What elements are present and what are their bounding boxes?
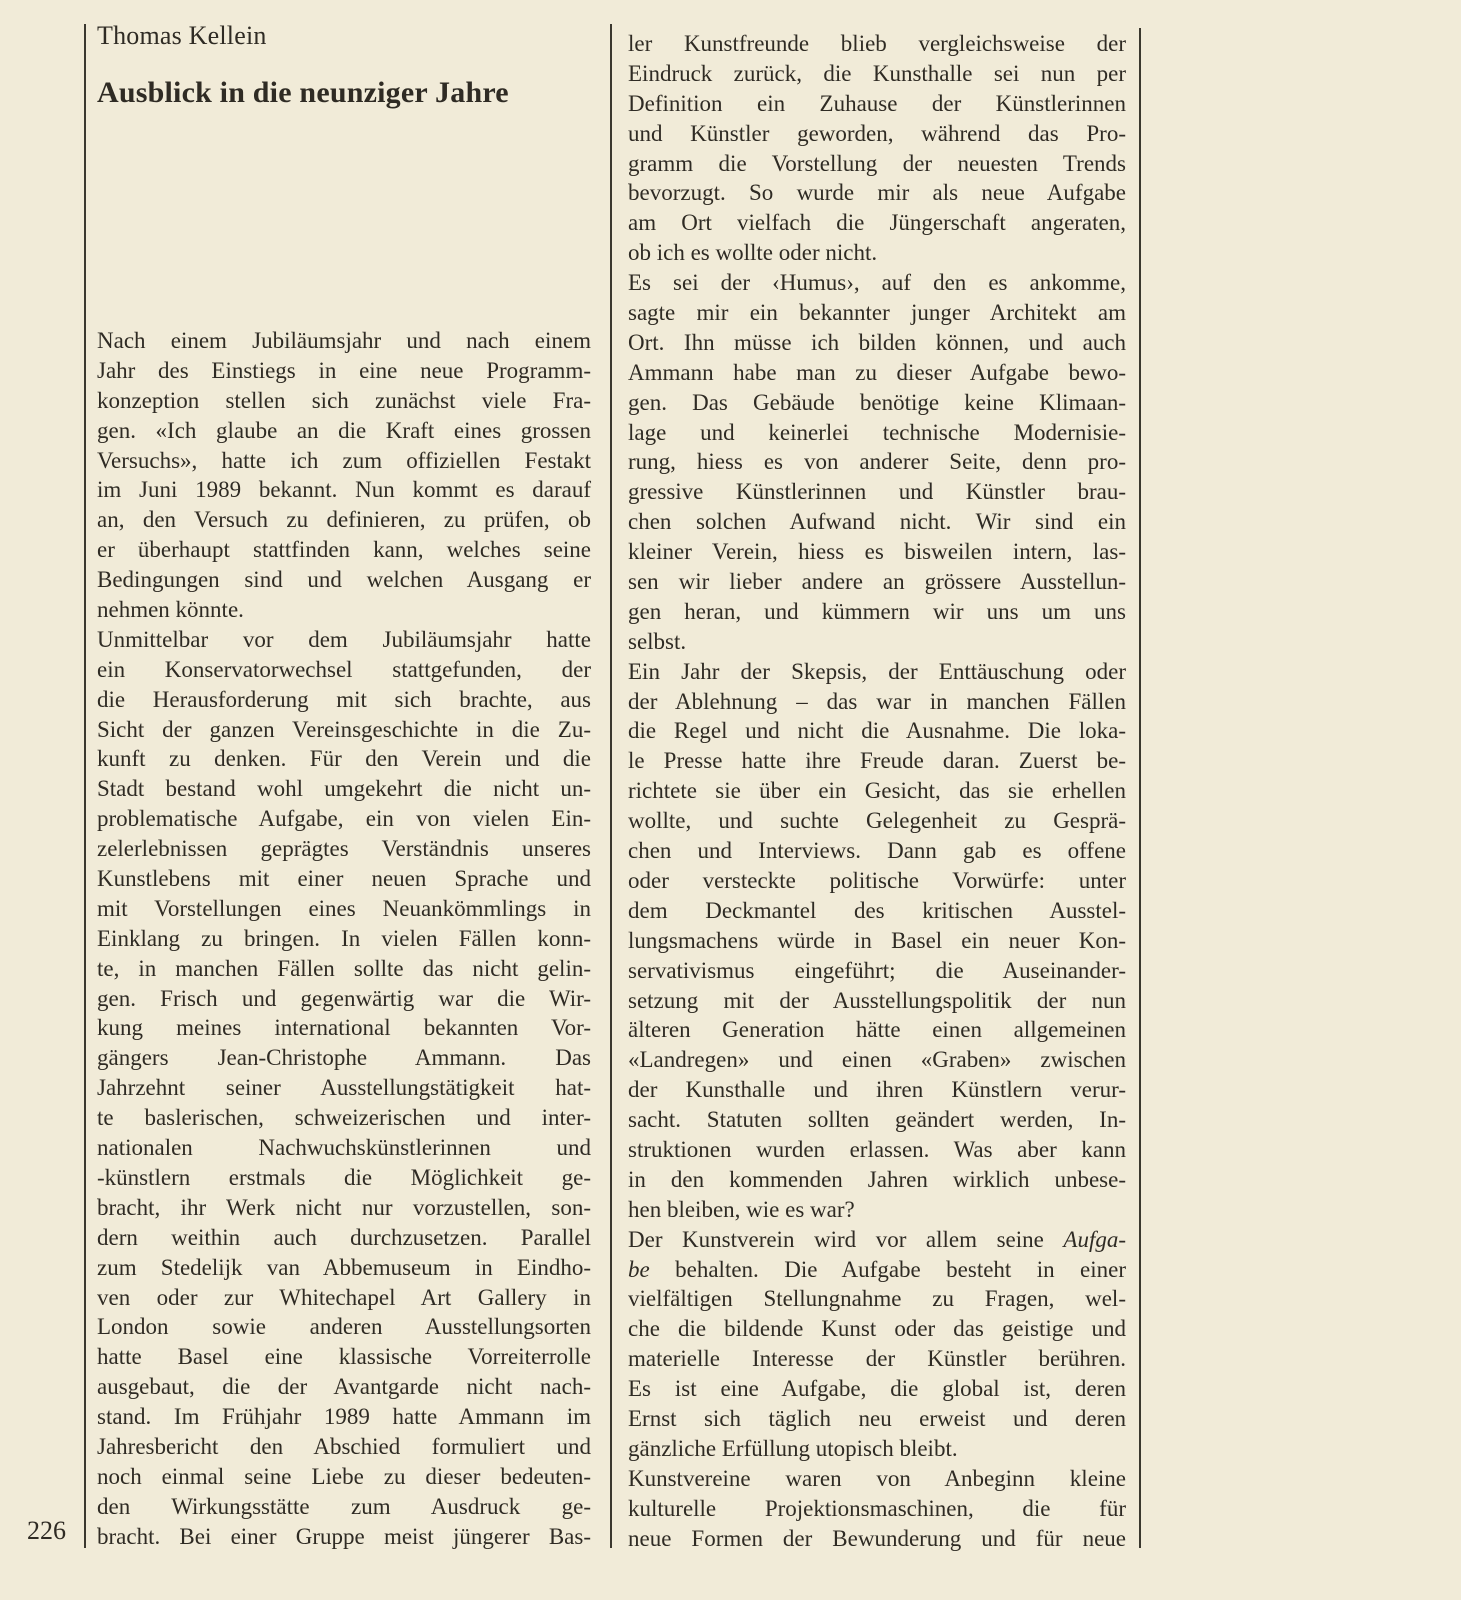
book-page: 226 Thomas Kellein Ausblick in die neunz…: [0, 0, 1461, 1600]
text-line: chen und Interviews. Dann gab es offene: [628, 836, 1126, 866]
text-line: Unmittelbar vor dem Jubiläumsjahr hatte: [97, 625, 591, 655]
text-line: gängers Jean-Christophe Ammann. Das: [97, 1043, 591, 1073]
text-line: zum Stedelijk van Abbemuseum in Eindho-: [97, 1253, 591, 1283]
left-column-text: Nach einem Jubiläumsjahr und nach einemJ…: [97, 326, 591, 1552]
text-line: be behalten. Die Aufgabe besteht in eine…: [628, 1255, 1126, 1285]
text-line: gressive Künstlerinnen und Künstler brau…: [628, 477, 1126, 507]
text-line: Kunstlebens mit einer neuen Sprache und: [97, 864, 591, 894]
text-line: in den kommenden Jahren wirklich unbese-: [628, 1165, 1126, 1195]
text-line: rung, hiess es von anderer Seite, denn p…: [628, 447, 1126, 477]
text-line: problematische Aufgabe, ein von vielen E…: [97, 804, 591, 834]
text-line: setzung mit der Ausstellungspolitik der …: [628, 986, 1126, 1016]
left-margin-rule: [84, 24, 86, 1548]
text-line: kung meines international bekannten Vor-: [97, 1013, 591, 1043]
text-line: Es ist eine Aufgabe, die global ist, der…: [628, 1374, 1126, 1404]
text-line: Ort. Ihn müsse ich bilden können, und au…: [628, 328, 1126, 358]
column-divider-rule: [610, 24, 612, 1548]
text-line: Ernst sich täglich neu erweist und deren: [628, 1404, 1126, 1434]
text-line: Nach einem Jubiläumsjahr und nach einem: [97, 326, 591, 356]
text-line: nehmen könnte.: [97, 595, 591, 625]
text-line: neue Formen der Bewunderung und für neue: [628, 1524, 1126, 1554]
author-name: Thomas Kellein: [97, 21, 267, 51]
text-line: älteren Generation hätte einen allgemein…: [628, 1015, 1126, 1045]
text-line: Versuchs», hatte ich zum offiziellen Fes…: [97, 446, 591, 476]
text-line: gen. «Ich glaube an die Kraft eines gros…: [97, 416, 591, 446]
text-line: bracht. Bei einer Gruppe meist jüngerer …: [97, 1522, 591, 1552]
text-line: ven oder zur Whitechapel Art Gallery in: [97, 1283, 591, 1313]
text-line: stand. Im Frühjahr 1989 hatte Ammann im: [97, 1402, 591, 1432]
text-line: bracht, ihr Werk nicht nur vorzustellen,…: [97, 1193, 591, 1223]
text-line: gen heran, und kümmern wir uns um uns: [628, 597, 1126, 627]
text-line: che die bildende Kunst oder das geistige…: [628, 1314, 1126, 1344]
text-line: ob ich es wollte oder nicht.: [628, 238, 1126, 268]
text-line: er überhaupt stattfinden kann, welches s…: [97, 535, 591, 565]
text-line: die Herausforderung mit sich brachte, au…: [97, 685, 591, 715]
text-line: te baslerischen, schweizerischen und int…: [97, 1103, 591, 1133]
text-line: Ammann habe man zu dieser Aufgabe bewo-: [628, 358, 1126, 388]
text-line: nationalen Nachwuchskünstlerinnen und: [97, 1133, 591, 1163]
text-line: noch einmal seine Liebe zu dieser bedeut…: [97, 1462, 591, 1492]
text-line: London sowie anderen Ausstellungsorten: [97, 1312, 591, 1342]
text-line: Definition ein Zuhause der Künstlerinnen: [628, 89, 1126, 119]
text-line: Ein Jahr der Skepsis, der Enttäuschung o…: [628, 657, 1126, 687]
text-line: der Ablehnung – das war in manchen Fälle…: [628, 687, 1126, 717]
text-line: Sicht der ganzen Vereinsgeschichte in di…: [97, 715, 591, 745]
text-line: oder versteckte politische Vorwürfe: unt…: [628, 866, 1126, 896]
text-line: kulturelle Projektionsmaschinen, die für: [628, 1494, 1126, 1524]
text-line: servativismus eingeführt; die Auseinande…: [628, 956, 1126, 986]
text-line: kunft zu denken. Für den Verein und die: [97, 744, 591, 774]
text-line: Es sei der ‹Humus›, auf den es ankomme,: [628, 268, 1126, 298]
text-line: im Juni 1989 bekannt. Nun kommt es darau…: [97, 475, 591, 505]
text-line: struktionen wurden erlassen. Was aber ka…: [628, 1135, 1126, 1165]
text-line: chen solchen Aufwand nicht. Wir sind ein: [628, 507, 1126, 537]
text-line: konzeption stellen sich zunächst viele F…: [97, 386, 591, 416]
text-line: Eindruck zurück, die Kunsthalle sei nun …: [628, 59, 1126, 89]
text-line: Der Kunstverein wird vor allem seine Auf…: [628, 1225, 1126, 1255]
text-line: an, den Versuch zu definieren, zu prüfen…: [97, 505, 591, 535]
text-line: «Landregen» und einen «Graben» zwischen: [628, 1045, 1126, 1075]
text-line: gänzliche Erfüllung utopisch bleibt.: [628, 1434, 1126, 1464]
text-line: wollte, und suchte Gelegenheit zu Gesprä…: [628, 806, 1126, 836]
text-line: gen. Das Gebäude benötige keine Klimaan-: [628, 388, 1126, 418]
text-line: dern weithin auch durchzusetzen. Paralle…: [97, 1223, 591, 1253]
text-line: Bedingungen sind und welchen Ausgang er: [97, 565, 591, 595]
text-line: sen wir lieber andere an grössere Ausste…: [628, 567, 1126, 597]
text-line: kleiner Verein, hiess es bisweilen inter…: [628, 537, 1126, 567]
text-line: richtete sie über ein Gesicht, das sie e…: [628, 776, 1126, 806]
text-line: die Regel und nicht die Ausnahme. Die lo…: [628, 716, 1126, 746]
text-line: gen. Frisch und gegenwärtig war die Wir-: [97, 984, 591, 1014]
text-line: lage und keinerlei technische Modernisie…: [628, 418, 1126, 448]
text-line: und Künstler geworden, während das Pro-: [628, 119, 1126, 149]
article-title: Ausblick in die neunziger Jahre: [97, 75, 509, 111]
text-line: gramm die Vorstellung der neuesten Trend…: [628, 149, 1126, 179]
text-line: hen bleiben, wie es war?: [628, 1195, 1126, 1225]
page-number: 226: [27, 1516, 66, 1546]
text-line: selbst.: [628, 627, 1126, 657]
text-line: bevorzugt. So wurde mir als neue Aufgabe: [628, 178, 1126, 208]
text-line: am Ort vielfach die Jüngerschaft angerat…: [628, 208, 1126, 238]
text-line: materielle Interesse der Künstler berühr…: [628, 1344, 1126, 1374]
text-line: -künstlern erstmals die Möglichkeit ge-: [97, 1163, 591, 1193]
text-line: den Wirkungsstätte zum Ausdruck ge-: [97, 1492, 591, 1522]
text-line: Einklang zu bringen. In vielen Fällen ko…: [97, 924, 591, 954]
text-line: te, in manchen Fällen sollte das nicht g…: [97, 954, 591, 984]
text-line: sagte mir ein bekannter junger Architekt…: [628, 298, 1126, 328]
text-line: zelerlebnissen geprägtes Verständnis uns…: [97, 834, 591, 864]
text-line: ler Kunstfreunde blieb vergleichsweise d…: [628, 29, 1126, 59]
text-line: der Kunsthalle und ihren Künstlern verur…: [628, 1075, 1126, 1105]
text-line: le Presse hatte ihre Freude daran. Zuers…: [628, 746, 1126, 776]
text-line: lungsmachens würde in Basel ein neuer Ko…: [628, 926, 1126, 956]
text-line: ein Konservatorwechsel stattgefunden, de…: [97, 655, 591, 685]
text-line: sacht. Statuten sollten geändert werden,…: [628, 1105, 1126, 1135]
right-margin-rule: [1139, 28, 1141, 1548]
text-line: Jahr des Einstiegs in eine neue Programm…: [97, 356, 591, 386]
text-line: Kunstvereine waren von Anbeginn kleine: [628, 1464, 1126, 1494]
text-line: dem Deckmantel des kritischen Ausstel-: [628, 896, 1126, 926]
text-line: Jahresbericht den Abschied formuliert un…: [97, 1432, 591, 1462]
text-line: Jahrzehnt seiner Ausstellungstätigkeit h…: [97, 1073, 591, 1103]
text-line: vielfältigen Stellungnahme zu Fragen, we…: [628, 1284, 1126, 1314]
text-line: hatte Basel eine klassische Vorreiterrol…: [97, 1342, 591, 1372]
right-column-text: ler Kunstfreunde blieb vergleichsweise d…: [628, 29, 1126, 1553]
text-line: mit Vorstellungen eines Neuankömmlings i…: [97, 894, 591, 924]
text-line: ausgebaut, die der Avantgarde nicht nach…: [97, 1372, 591, 1402]
text-line: Stadt bestand wohl umgekehrt die nicht u…: [97, 774, 591, 804]
